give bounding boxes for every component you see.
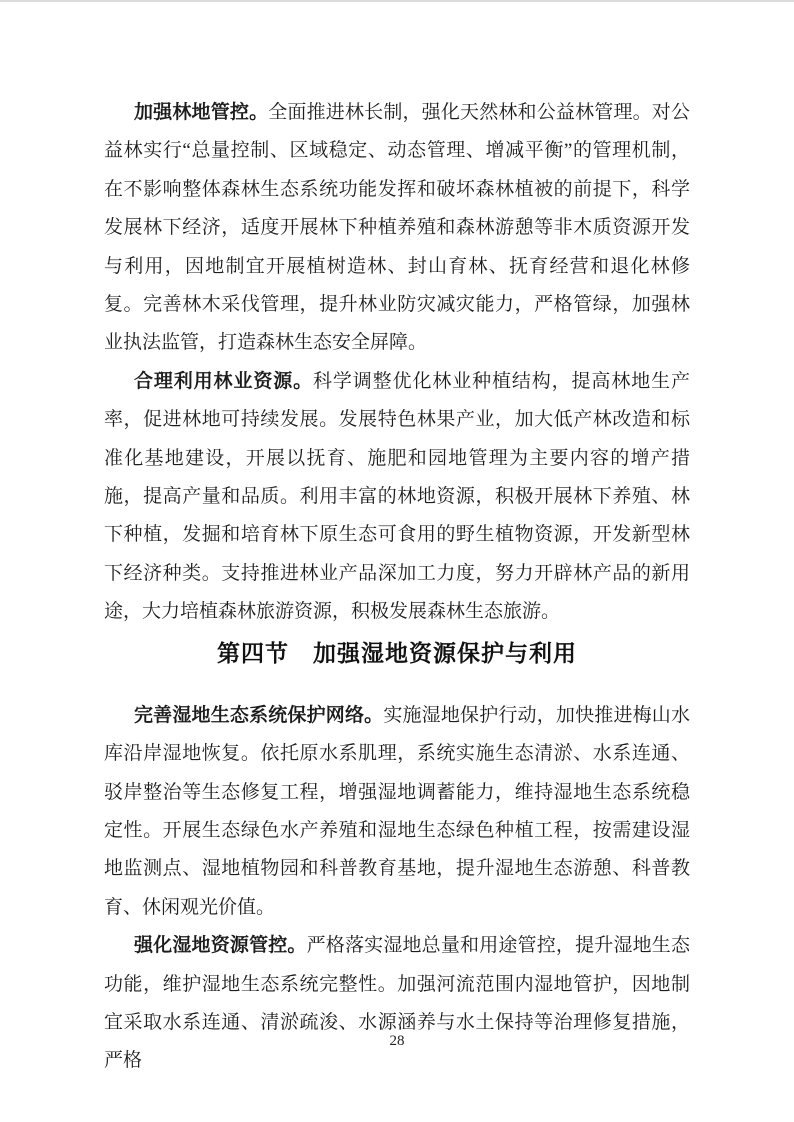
para-forestry-resource-use-text: 科学调整优化林业种植结构，提高林地生产率，促进林地可持续发展。发展特色林果产业，… <box>104 371 690 622</box>
document-page: 加强林地管控。全面推进林长制，强化天然林和公益林管理。对公益林实行“总量控制、区… <box>0 0 794 1122</box>
para-forest-land-control-text: 全面推进林长制，强化天然林和公益林管理。对公益林实行“总量控制、区域稳定、动态管… <box>104 102 690 353</box>
para-forest-land-control-lead: 加强林地管控。 <box>134 102 268 123</box>
para-wetland-protection-network-lead: 完善湿地生态系统保护网络。 <box>134 705 383 726</box>
para-forestry-resource-use: 合理利用林业资源。科学调整优化林业种植结构，提高林地生产率，促进林地可持续发展。… <box>104 363 690 632</box>
document-content: 加强林地管控。全面推进林长制，强化天然林和公益林管理。对公益林实行“总量控制、区… <box>0 2 794 1081</box>
para-forestry-resource-use-lead: 合理利用林业资源。 <box>134 371 313 392</box>
para-wetland-protection-network-text: 实施湿地保护行动，加快推进梅山水库沿岸湿地恢复。依托原水系肌理，系统实施生态清淤… <box>104 705 690 918</box>
page-number: 28 <box>0 1032 794 1050</box>
para-forest-land-control: 加强林地管控。全面推进林长制，强化天然林和公益林管理。对公益林实行“总量控制、区… <box>104 94 690 363</box>
para-wetland-resource-control: 强化湿地资源管控。严格落实湿地总量和用途管控，提升湿地生态功能，维护湿地生态系统… <box>104 927 690 1081</box>
para-wetland-protection-network: 完善湿地生态系统保护网络。实施湿地保护行动，加快推进梅山水库沿岸湿地恢复。依托原… <box>104 697 690 927</box>
section-heading: 第四节 加强湿地资源保护与利用 <box>104 632 690 674</box>
para-wetland-resource-control-lead: 强化湿地资源管控。 <box>134 935 307 956</box>
